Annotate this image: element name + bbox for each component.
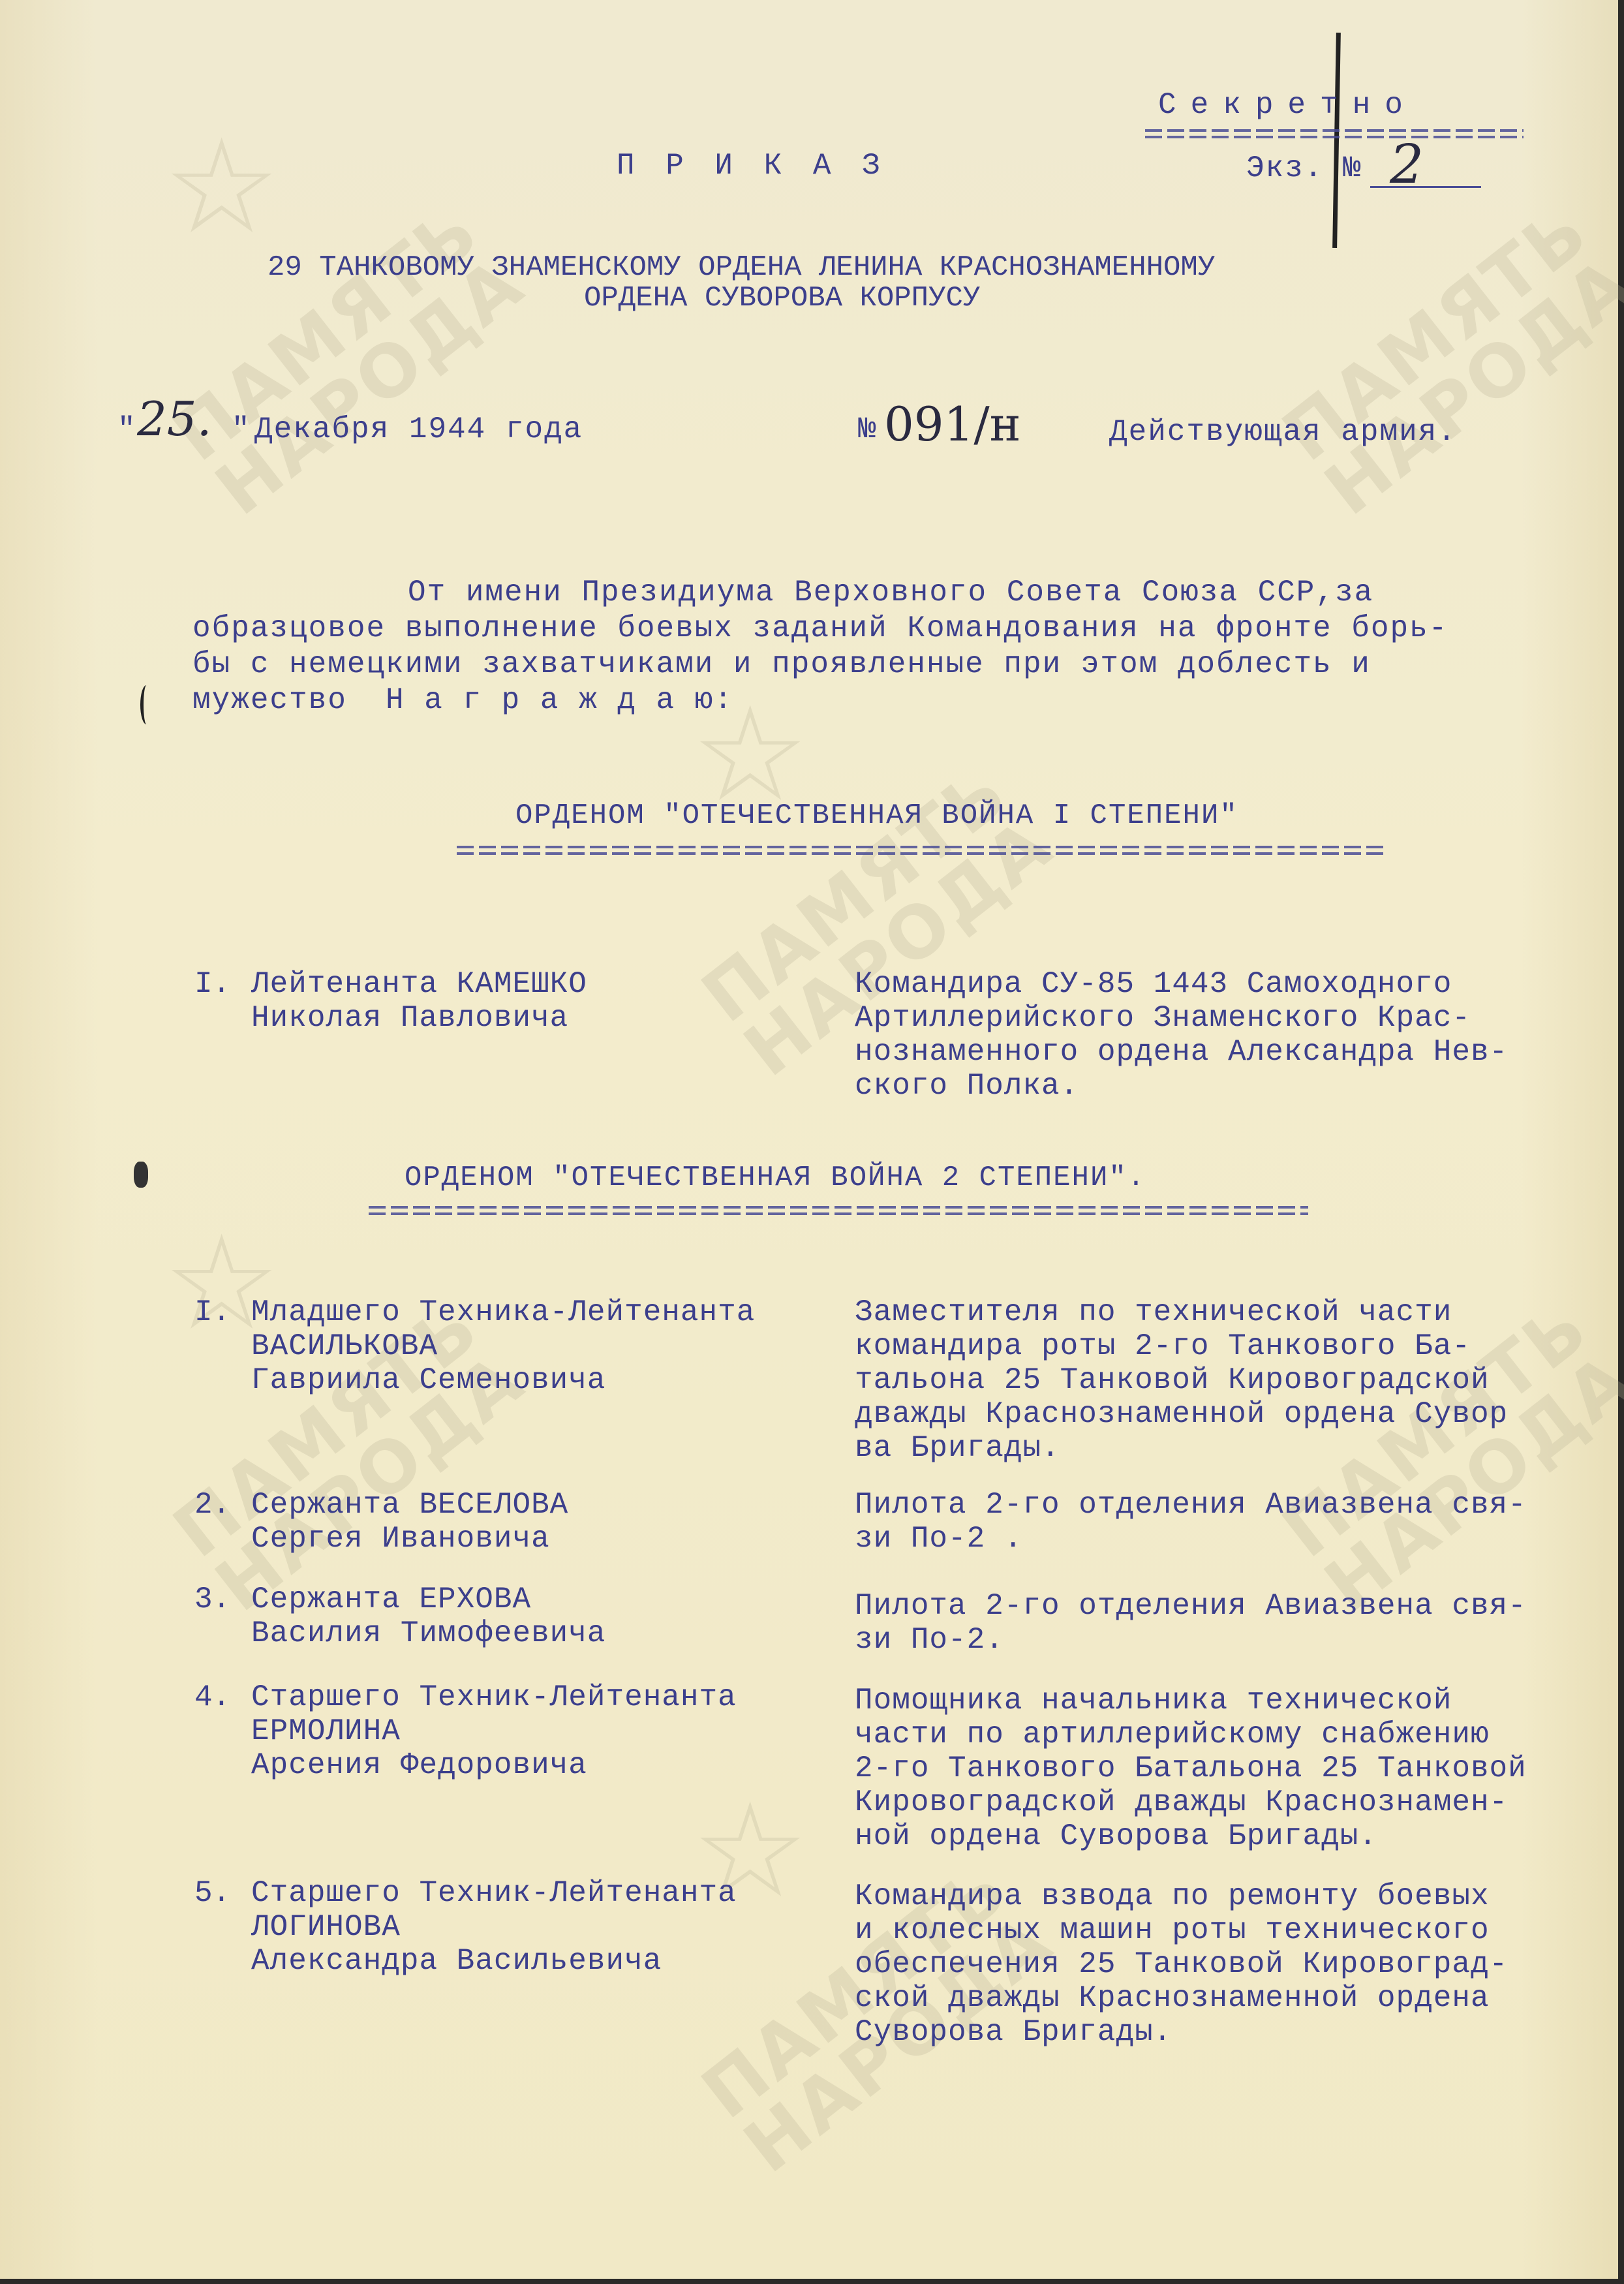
recipient-position: Командира СУ-85 1443 Самоходного Артилле…	[855, 967, 1605, 1103]
order-number-prefix: №	[858, 412, 878, 446]
recipient-position: Помощника начальника технической части п…	[855, 1684, 1605, 1853]
addressee-line-1: 29 ТАНКОВОМУ ЗНАМЕНСКОМУ ОРДЕНА ЛЕНИНА К…	[268, 251, 1215, 284]
double-underline	[457, 846, 1383, 855]
recipient-position: Пилота 2-го отделения Авиазвена свя- зи …	[855, 1488, 1605, 1556]
recipient-name: Старшего Техник-Лейтенанта ЕРМОЛИНА Арсе…	[251, 1680, 737, 1782]
margin-mark	[134, 1162, 148, 1188]
margin-mark	[140, 685, 153, 724]
recipient-position: Пилота 2-го отделения Авиазвена свя- зи …	[855, 1589, 1605, 1657]
date-day: 25.	[137, 392, 212, 446]
preamble-line: мужество Н а г р а ж д а ю:	[192, 683, 733, 717]
preamble-line: бы с немецкими захватчиками и проявленны…	[192, 647, 1371, 681]
watermark: ПАМЯТЬ НАРОДА	[1272, 193, 1624, 525]
recipient-position: Заместителя по технической части команди…	[855, 1295, 1605, 1465]
date-quote-open: "	[117, 412, 137, 446]
recipient-name: Старшего Техник-Лейтенанта ЛОГИНОВА Алек…	[251, 1876, 737, 1978]
entry-number: I.	[194, 967, 230, 1001]
entry-number: I.	[194, 1295, 230, 1329]
recipient-name: Младшего Техника-Лейтенанта ВАСИЛЬКОВА Г…	[251, 1295, 755, 1397]
recipient-name: Сержанта ВЕСЕЛОВА Сергея Ивановича	[251, 1488, 568, 1556]
date-month-year: Декабря 1944 года	[254, 412, 583, 446]
recipient-position: Командира взвода по ремонту боевых и кол…	[855, 1879, 1605, 2049]
double-underline	[369, 1206, 1308, 1215]
pen-mark-line	[1332, 33, 1341, 248]
location: Действующая армия.	[1109, 415, 1457, 449]
star-watermark-icon: ☆	[163, 111, 280, 263]
classification-stamp: Секретно	[1158, 88, 1417, 122]
addressee-line-2: ОРДЕНА СУВОРОВА КОРПУСУ	[584, 282, 980, 315]
date-quote-close: "	[232, 412, 251, 446]
preamble-line: От имени Президиума Верховного Совета Со…	[408, 576, 1373, 610]
document-title: П Р И К А З	[617, 149, 887, 183]
underline	[1370, 186, 1481, 188]
scanned-document-page: ☆ ПАМЯТЬ НАРОДА ☆ ПАМЯТЬ НАРОДА ПАМЯТЬ Н…	[0, 0, 1618, 2279]
double-underline	[1145, 129, 1524, 138]
order-number: 091/н	[884, 397, 1021, 452]
entry-number: 2.	[194, 1488, 230, 1522]
recipient-name: Лейтенанта КАМЕШКО Николая Павловича	[251, 967, 587, 1035]
preamble-line: образцовое выполнение боевых заданий Ком…	[192, 611, 1448, 645]
entry-number: 4.	[194, 1680, 230, 1714]
section-heading: ОРДЕНОМ "ОТЕЧЕСТВЕННАЯ ВОЙНА 2 СТЕПЕНИ".	[405, 1162, 1146, 1194]
entry-number: 3.	[194, 1582, 230, 1616]
copy-label: Экз. №	[1246, 151, 1362, 185]
recipient-name: Сержанта ЕРХОВА Василия Тимофеевича	[251, 1582, 606, 1650]
entry-number: 5.	[194, 1876, 230, 1910]
section-heading: ОРДЕНОМ "ОТЕЧЕСТВЕННАЯ ВОЙНА I СТЕПЕНИ"	[515, 799, 1238, 832]
